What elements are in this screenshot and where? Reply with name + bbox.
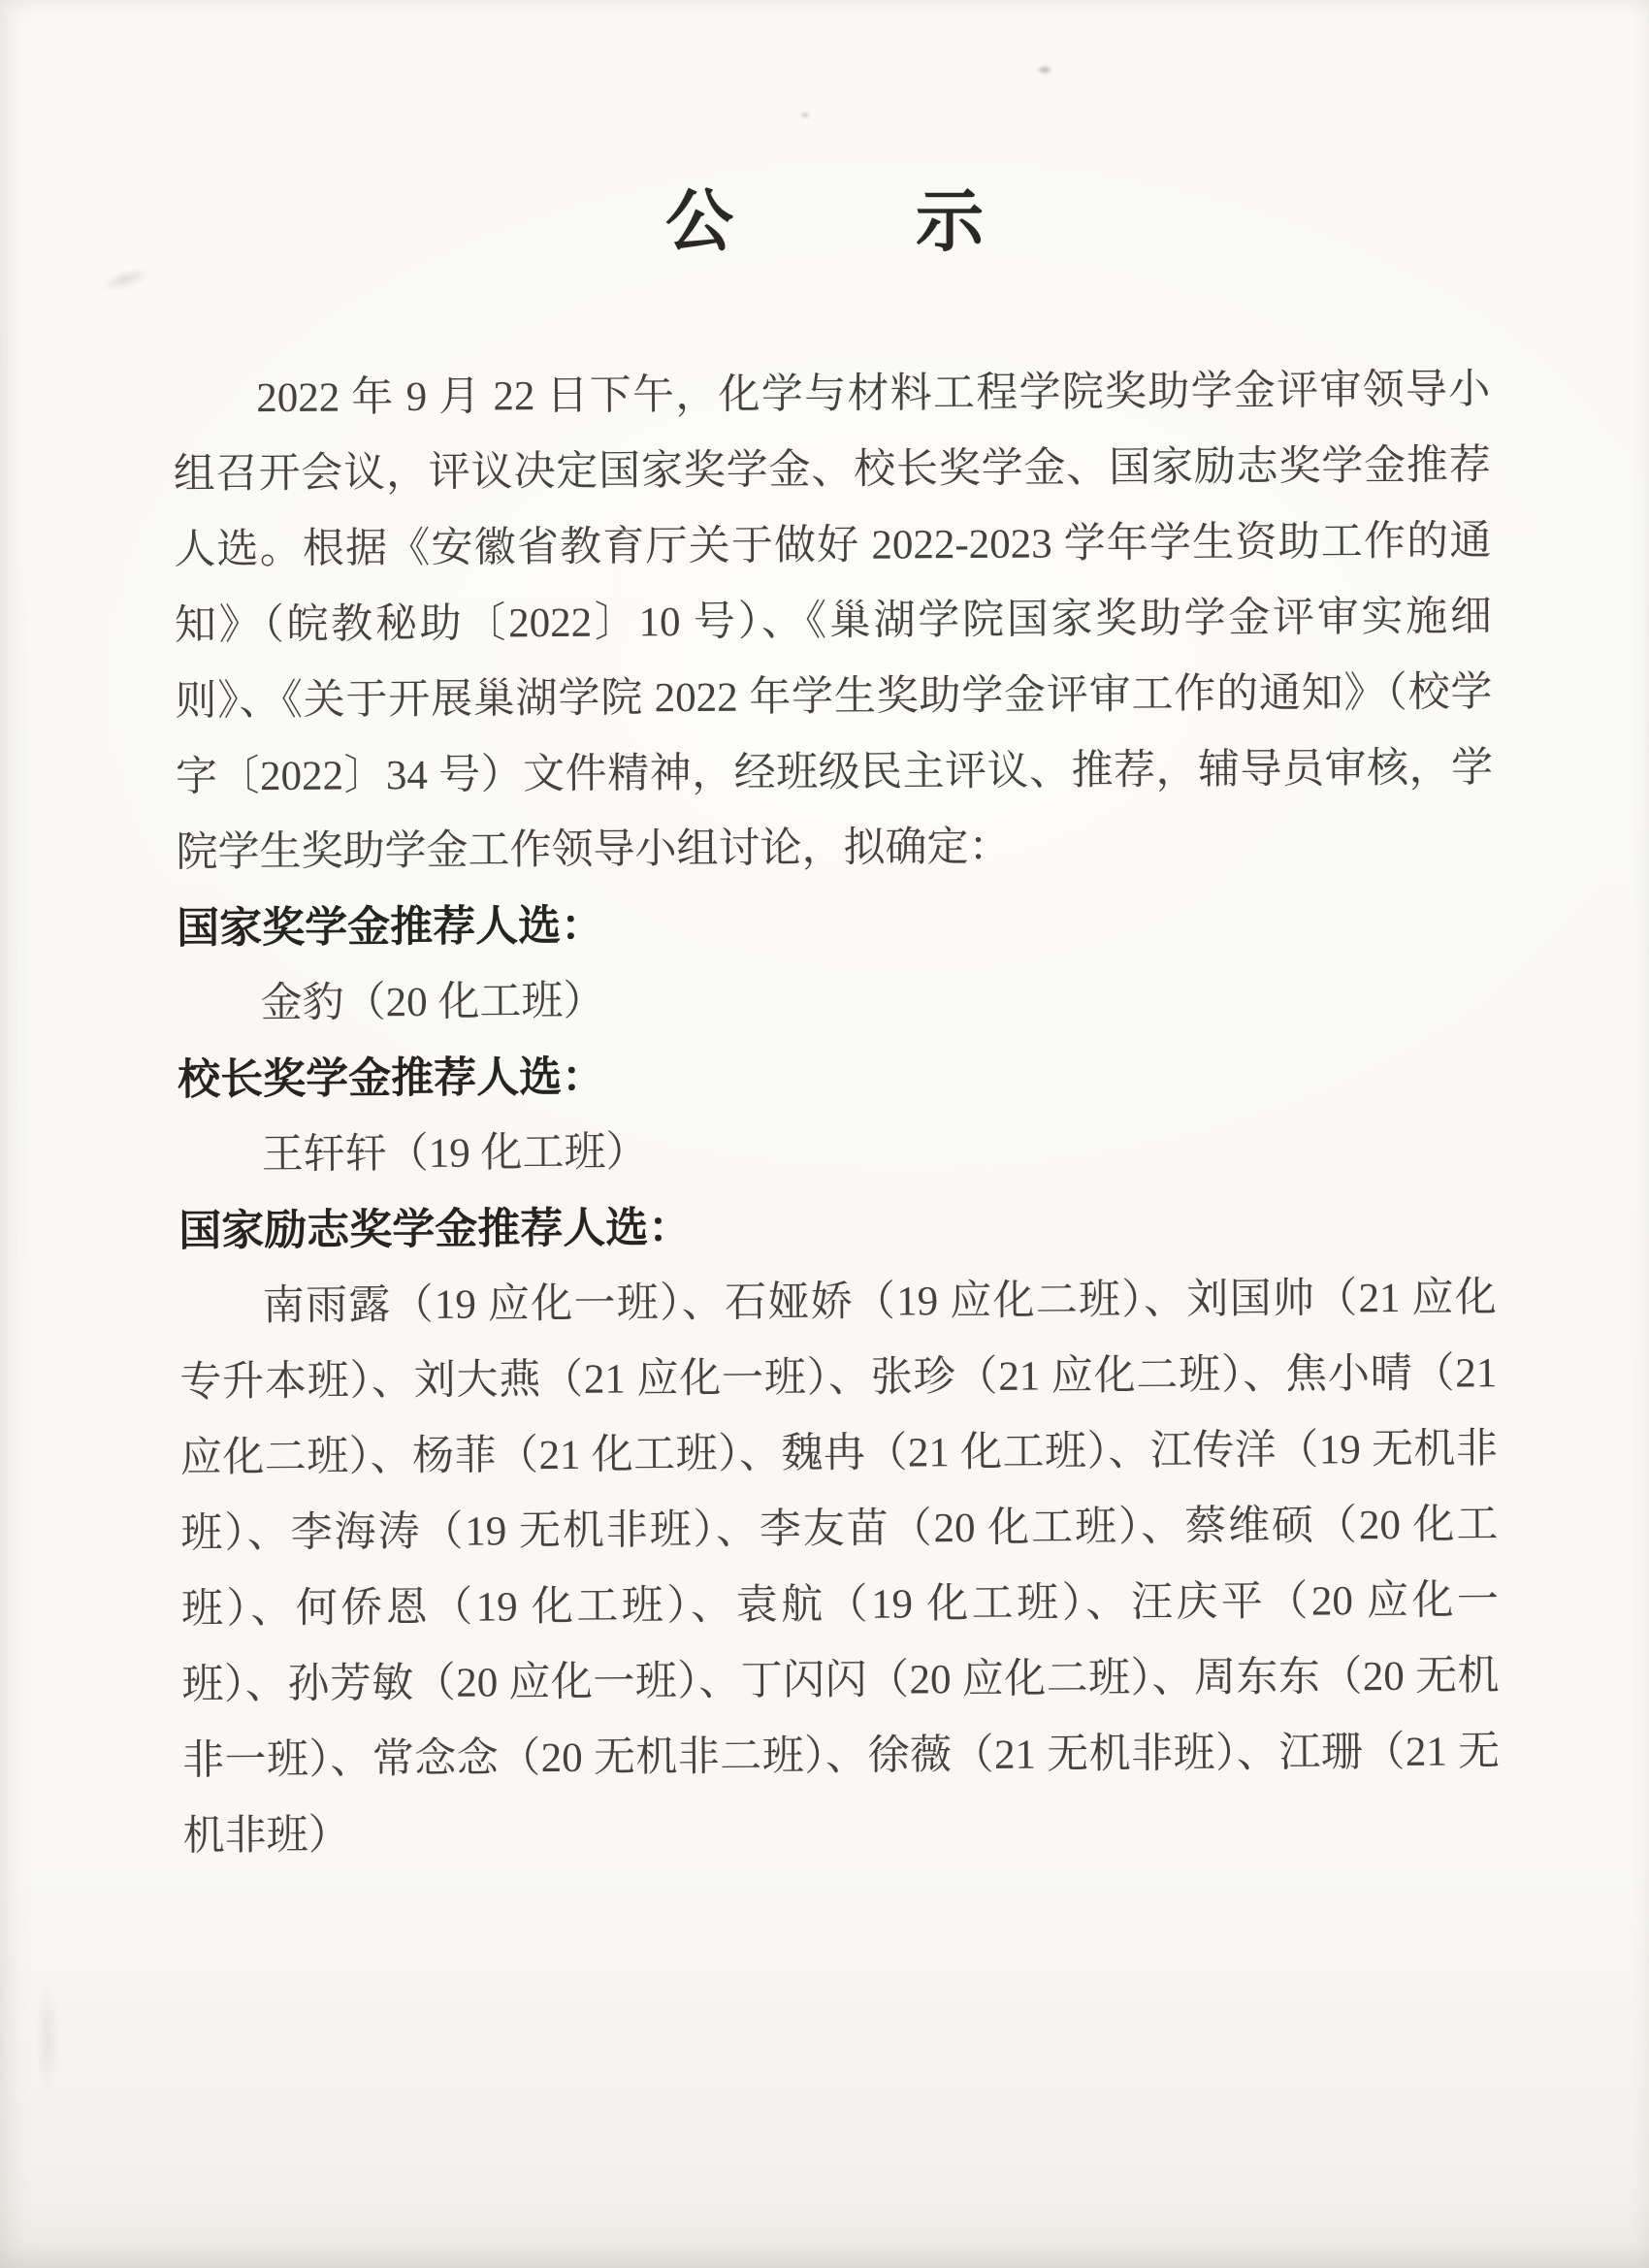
- section-heading-national-encouragement-scholarship: 国家励志奖学金推荐人选：: [178, 1184, 1497, 1269]
- section-content-president-scholarship: 王轩轩（19 化工班）: [178, 1109, 1496, 1193]
- document-title-char: 示: [916, 177, 984, 270]
- scan-speck: [35, 1979, 60, 2095]
- intro-paragraph: 2022 年 9 月 22 日下午，化学与材料工程学院奖助学金评审领导小组召开会…: [173, 352, 1494, 891]
- document-title: 公 示: [0, 177, 1649, 270]
- section-heading-national-scholarship: 国家奖学金推荐人选：: [177, 882, 1495, 966]
- scan-speck: [1036, 64, 1053, 76]
- section-content-national-encouragement-scholarship: 南雨露（19 应化一班）、石娅娇（19 应化二班）、刘国帅（21 应化专升本班）…: [179, 1260, 1501, 1874]
- document-body: 2022 年 9 月 22 日下午，化学与材料工程学院奖助学金评审领导小组召开会…: [173, 352, 1501, 1874]
- scan-speck: [799, 111, 811, 119]
- scanned-announcement-page: 公 示 2022 年 9 月 22 日下午，化学与材料工程学院奖助学金评审领导小…: [0, 0, 1649, 2268]
- section-heading-president-scholarship: 校长奖学金推荐人选：: [178, 1033, 1496, 1118]
- document-title-char: 公: [665, 177, 733, 270]
- section-content-national-scholarship: 金豹（20 化工班）: [177, 957, 1495, 1042]
